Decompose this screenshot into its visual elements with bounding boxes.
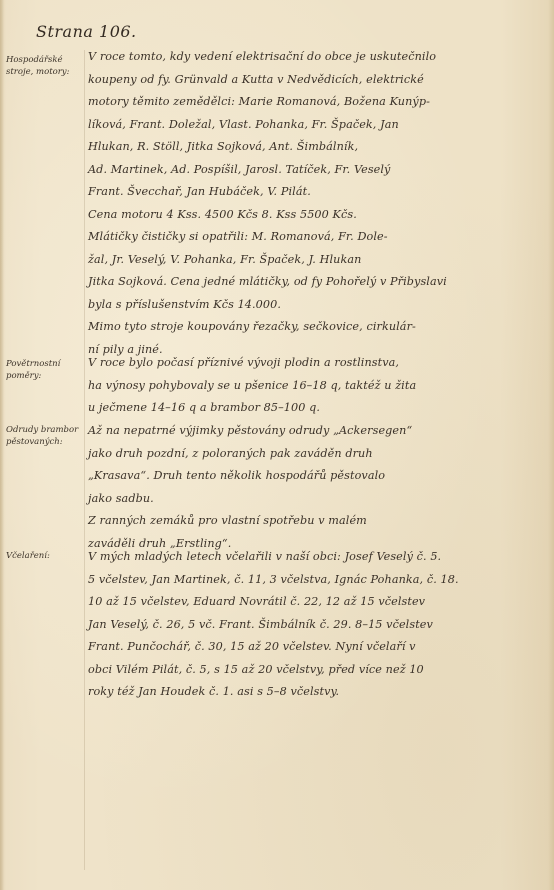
section-label-machines: Hospodářské stroje, motory:	[6, 54, 86, 78]
text-line: 5 včelstev, Jan Martinek, č. 11, 3 včels…	[88, 569, 528, 592]
text-line: Mimo tyto stroje koupovány řezačky, sečk…	[88, 316, 528, 339]
text-line: Frant. Švecchař, Jan Hubáček, V. Pilát.	[88, 181, 528, 204]
section-label-potato-varieties: Odrudy brambor pěstovaných:	[6, 424, 86, 448]
text-line: obci Vilém Pilát, č. 5, s 15 až 20 včels…	[88, 659, 528, 682]
section-body-weather: V roce bylo počasí příznivé vývoji plodi…	[88, 352, 528, 420]
text-line: Mlátičky čističky si opatřili: M. Romano…	[88, 226, 528, 249]
text-line: byla s příslušenstvím Kčs 14.000.	[88, 294, 528, 317]
text-line: koupeny od fy. Grünvald a Kutta v Nedvěd…	[88, 69, 528, 92]
page-heading: Strana 106.	[36, 22, 137, 41]
text-line: V roce bylo počasí příznivé vývoji plodi…	[88, 352, 528, 375]
scanned-document-page: Strana 106. Hospodářské stroje, motory: …	[0, 0, 554, 890]
page-edge-shadow	[0, 0, 4, 890]
text-line: V roce tomto, kdy vedení elektrisační do…	[88, 46, 528, 69]
text-line: jako druh pozdní, z poloraných pak zavád…	[88, 443, 528, 466]
text-line: Cena motoru 4 Kss. 4500 Kčs 8. Kss 5500 …	[88, 204, 528, 227]
text-line: motory těmito zemědělci: Marie Romanová,…	[88, 91, 528, 114]
text-line: Frant. Punčochář, č. 30, 15 až 20 včelst…	[88, 636, 528, 659]
text-line: Z ranných zemáků pro vlastní spotřebu v …	[88, 510, 528, 533]
margin-rule	[84, 50, 85, 870]
text-line: Jan Veselý, č. 26, 5 vč. Frant. Šimbální…	[88, 614, 528, 637]
text-line: žal, Jr. Veselý, V. Pohanka, Fr. Špaček,…	[88, 249, 528, 272]
text-line: „Krasava“. Druh tento několik hospodářů …	[88, 465, 528, 488]
text-line: roky též Jan Houdek č. 1. asi s 5–8 včel…	[88, 681, 528, 704]
section-label-beekeeping: Včelaření:	[6, 550, 86, 562]
section-body-potato-varieties: Až na nepatrné výjimky pěstovány odrudy …	[88, 420, 528, 555]
text-line: jako sadbu.	[88, 488, 528, 511]
text-line: Jitka Sojková. Cena jedné mlátičky, od f…	[88, 271, 528, 294]
text-line: V mých mladých letech včelařili v naší o…	[88, 546, 528, 569]
section-body-beekeeping: V mých mladých letech včelařili v naší o…	[88, 546, 528, 704]
text-line: Hlukan, R. Stöll, Jitka Sojková, Ant. Ši…	[88, 136, 528, 159]
section-label-weather: Povětrnostní poměry:	[6, 358, 86, 382]
text-line: Ad. Martinek, Ad. Pospíšil, Jarosl. Tatí…	[88, 159, 528, 182]
section-body-machines: V roce tomto, kdy vedení elektrisační do…	[88, 46, 528, 361]
text-line: líková, Frant. Doležal, Vlast. Pohanka, …	[88, 114, 528, 137]
text-line: ha výnosy pohybovaly se u pšenice 16–18 …	[88, 375, 528, 398]
text-line: 10 až 15 včelstev, Eduard Novrátil č. 22…	[88, 591, 528, 614]
text-line: Až na nepatrné výjimky pěstovány odrudy …	[88, 420, 528, 443]
text-line: u ječmene 14–16 q a brambor 85–100 q.	[88, 397, 528, 420]
